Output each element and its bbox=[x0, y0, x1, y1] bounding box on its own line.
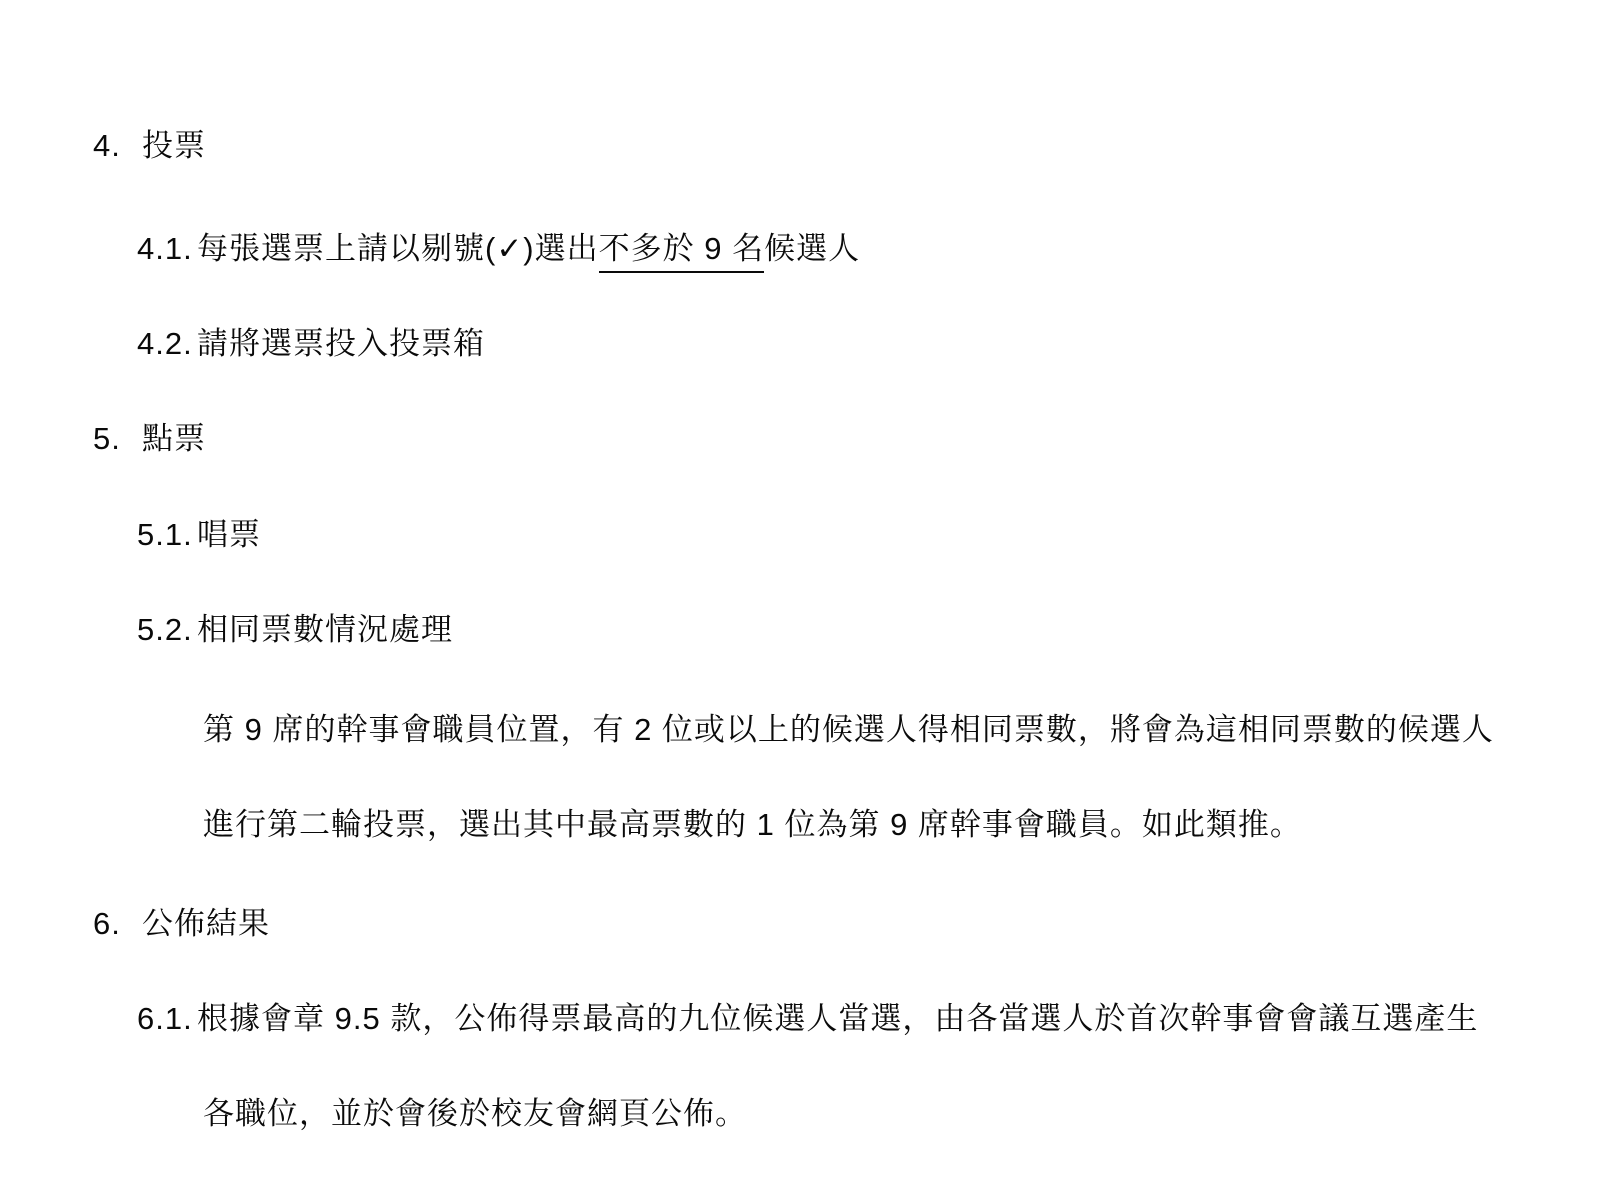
list-item-6-1-text-line-2: 各職位，並於會後於校友會網頁公佈。 bbox=[203, 1094, 747, 1134]
list-item-4-1-text: 每張選票上請以剔號(✓)選出 bbox=[197, 231, 599, 266]
paragraph-5-2-line-1: 第 9 席的幹事會職員位置，有 2 位或以上的候選人得相同票數，將會為這相同票數… bbox=[203, 710, 1494, 750]
list-item-4-1-text-after: 候選人 bbox=[764, 231, 860, 266]
list-item-6: 6.公佈結果 bbox=[93, 904, 270, 944]
document-page: 4.投票 4.1.每張選票上請以剔號(✓)選出不多於 9 名候選人 4.2.請將… bbox=[0, 0, 1600, 1185]
list-item-4: 4.投票 bbox=[93, 126, 206, 166]
list-item-5-2-text: 相同票數情況處理 bbox=[197, 612, 453, 647]
list-item-5-1: 5.1.唱票 bbox=[137, 515, 261, 555]
paragraph-5-2-line-2: 進行第二輪投票，選出其中最高票數的 1 位為第 9 席幹事會職員。如此類推。 bbox=[203, 805, 1302, 845]
list-item-4-2-text: 請將選票投入投票箱 bbox=[197, 326, 485, 361]
list-item-5-number: 5. bbox=[93, 419, 142, 459]
list-item-4-1-underlined-text: 不多於 9 名 bbox=[599, 231, 764, 273]
list-item-5-2-number: 5.2. bbox=[137, 610, 197, 650]
list-item-5: 5.點票 bbox=[93, 419, 206, 459]
list-item-4-title: 投票 bbox=[142, 128, 206, 163]
list-item-6-1-number: 6.1. bbox=[137, 999, 197, 1039]
list-item-4-1: 4.1.每張選票上請以剔號(✓)選出不多於 9 名候選人 bbox=[137, 229, 860, 269]
list-item-5-1-text: 唱票 bbox=[197, 517, 261, 552]
list-item-4-2-number: 4.2. bbox=[137, 324, 197, 364]
list-item-6-number: 6. bbox=[93, 904, 142, 944]
list-item-5-2: 5.2.相同票數情況處理 bbox=[137, 610, 453, 650]
list-item-5-title: 點票 bbox=[142, 421, 206, 456]
list-item-4-number: 4. bbox=[93, 126, 142, 166]
list-item-5-1-number: 5.1. bbox=[137, 515, 197, 555]
list-item-4-1-number: 4.1. bbox=[137, 229, 197, 269]
list-item-6-title: 公佈結果 bbox=[142, 906, 270, 941]
list-item-6-1-text-line-1: 根據會章 9.5 款，公佈得票最高的九位候選人當選，由各當選人於首次幹事會會議互… bbox=[197, 1001, 1478, 1036]
list-item-6-1: 6.1.根據會章 9.5 款，公佈得票最高的九位候選人當選，由各當選人於首次幹事… bbox=[137, 999, 1478, 1039]
list-item-4-2: 4.2.請將選票投入投票箱 bbox=[137, 324, 485, 364]
